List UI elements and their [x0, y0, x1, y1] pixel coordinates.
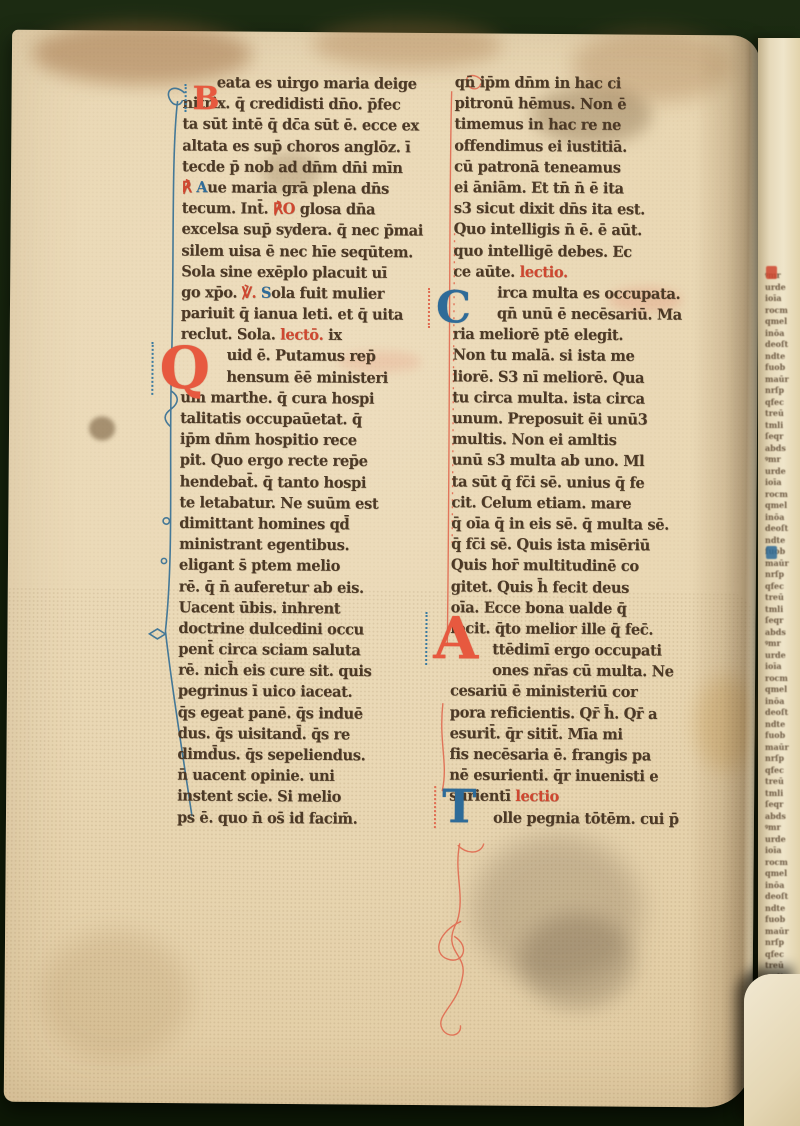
manuscript-text-line: eata es uirgo maria deige	[183, 72, 447, 95]
facing-page-text-fragment: inōa	[765, 328, 799, 340]
body-text: cesariū ē ministeriū cor	[450, 682, 637, 701]
body-text: offendimus ei iustitiā.	[454, 137, 627, 156]
body-text: ce aūte.	[453, 262, 519, 280]
facing-page-text-fragment: ſeqr	[765, 431, 799, 443]
body-text: ttēdimī ergo occupati	[492, 641, 661, 660]
body-text: timemus in hac re ne	[454, 116, 621, 135]
facing-page-text-fragment: ꝰmr	[765, 822, 799, 834]
facing-page-text-fragment: ꝰmr	[765, 454, 799, 466]
body-text: Quis hor̄ multitudinē co	[451, 556, 639, 575]
body-text: fis necēsaria ē. frangis pa	[449, 745, 651, 764]
body-text: ones nr̄as cū multa. Ne	[492, 662, 674, 681]
body-text: glosa dn̄a	[300, 200, 375, 218]
body-text: nē esurienti. q̄r inuenisti e	[449, 766, 658, 785]
rubric-text: ℟O	[273, 200, 300, 218]
facing-page-text-fragment: fuob	[765, 914, 799, 926]
facing-page-text-fragment: urde	[765, 282, 799, 294]
facing-page-text-fragment: qmel	[765, 868, 799, 880]
manuscript-text-line: instent scie. Si melio	[177, 786, 441, 809]
facing-page-text-fragment: nrſp	[765, 385, 799, 397]
body-text: qn̄ unū ē necēsariū. Ma	[497, 305, 682, 324]
body-text: liorē. S3 nī meliorē. Qua	[452, 367, 644, 386]
manuscript-photo: eata es uirgo maria deigenitrix. q̄ cred…	[0, 0, 800, 1126]
manuscript-text-line: doctrine dulcedini occu	[178, 618, 442, 641]
facing-page-text-fragment: ndte	[765, 903, 799, 915]
facing-page-text-fragment: deoſt	[765, 707, 799, 719]
facing-page-text-fragment: ndte	[765, 351, 799, 363]
manuscript-text-line: pit. Quo ergo recte rep̄e	[180, 450, 444, 473]
manuscript-text-line: Uacent ūbis. inhrent	[179, 597, 443, 620]
body-text: ue maria grā plena dn̄s	[207, 179, 389, 198]
body-text: tecde p̄ nob ad dn̄m dn̄i mīn	[182, 157, 403, 176]
facing-page-text-fragment: abds	[765, 811, 799, 823]
facing-page-text-fragment: rocm	[765, 673, 799, 685]
stain	[312, 20, 502, 69]
facing-page-text-fragment: nrſp	[765, 569, 799, 581]
stain	[89, 416, 115, 440]
facing-page-text-fragment: inōa	[765, 512, 799, 524]
manuscript-text-line: rē. nich̄ eis cure sit. quis	[178, 660, 442, 683]
manuscript-text-line: ta sūt intē q̄ dc̄a sūt ē. ecce ex	[182, 114, 446, 137]
body-text: quo intelligē debes. Ec	[453, 241, 631, 260]
body-text: silem uisa ē nec hīe seqūtem.	[181, 241, 413, 260]
manuscript-text-line: ip̄m dn̄m hospitio rece	[180, 429, 444, 452]
body-text: surientī	[449, 787, 515, 805]
facing-page-text-fragment: treū	[765, 592, 799, 604]
body-text: reclut. Sola.	[181, 325, 281, 343]
rubric-text: lectio	[515, 788, 559, 806]
manuscript-page: eata es uirgo maria deigenitrix. q̄ cred…	[4, 30, 760, 1108]
body-text: Non tu malā. si ista me	[453, 346, 635, 365]
facing-page-text-fragment: maūr	[765, 558, 799, 570]
facing-page-text-fragment: qfec	[765, 765, 799, 777]
facing-page-text-fragment: tmli	[765, 788, 799, 800]
body-text: nitrix. q̄ credidisti dn̄o. p̄fec	[183, 95, 401, 114]
facing-page-text-fragment: inōa	[765, 880, 799, 892]
manuscript-text-line: reclut. Sola. lectō. ix	[181, 324, 445, 347]
body-text: n̄ uacent opinie. uni	[177, 766, 334, 785]
facing-page-text-fragment: qmel	[765, 684, 799, 696]
rubric-text: lectō.	[280, 326, 328, 344]
manuscript-text-line: go xp̄o. ℣. Sola fuit mulier	[181, 282, 445, 305]
facing-page-text-fragment: urde	[765, 466, 799, 478]
body-text: oīa. Ecce bona ualde q̄	[451, 598, 627, 617]
facing-page-text-fragment: nrſp	[765, 753, 799, 765]
body-text: ip̄m dn̄m hospitio rece	[180, 430, 357, 449]
facing-page-text-fragment: deoſt	[765, 523, 799, 535]
facing-page-text-fragment: rocm	[765, 305, 799, 317]
facing-page-text-fragment: urde	[765, 650, 799, 662]
facing-page-text-fragment: ndte	[765, 719, 799, 731]
facing-page-initial-accent	[766, 546, 777, 559]
facing-page-initial-accent	[766, 266, 777, 279]
facing-page-text-fragment: maūr	[765, 742, 799, 754]
facing-page-text-fragment: treū	[765, 408, 799, 420]
facing-page-text-fragment: deoſt	[765, 891, 799, 903]
rubric-text: lectio.	[520, 263, 568, 281]
facing-page-text-fragment: nrſp	[765, 937, 799, 949]
body-text: ta sūt q̄ fc̄i sē. unius q̄ fe	[452, 472, 645, 491]
underlying-page-corner	[744, 974, 800, 1126]
body-text: te letabatur. Ne suūm est	[179, 493, 378, 512]
facing-page-text-fragment: abds	[765, 627, 799, 639]
body-text: cit. Celum etiam. mare	[451, 493, 631, 512]
body-text: dimittant homines qd̄	[179, 514, 349, 533]
body-text: instent scie. Si melio	[177, 787, 341, 806]
stain	[40, 930, 191, 1061]
facing-page-text-fragment: qfec	[765, 397, 799, 409]
body-text: talitatis occupaūetat. q̄	[180, 409, 362, 428]
facing-page-text-fragment: deoſt	[765, 339, 799, 351]
stain	[471, 833, 642, 984]
manuscript-text-line: ministrant egentibus.	[179, 534, 443, 557]
facing-page-text-fragment: qfec	[765, 581, 799, 593]
body-text: Uacent ūbis. inhrent	[179, 598, 341, 617]
body-text: Sola sine exēplo placuit uī	[181, 262, 387, 281]
manuscript-text-line: dimd̄us. q̄s sepeliendus.	[177, 744, 441, 767]
body-text: hendebat̄. q̄ tanto hospi	[180, 472, 367, 491]
rubric-text: ℣.	[242, 284, 261, 302]
facing-page-text-fragment: ſeqr	[765, 799, 799, 811]
body-text: eata es uirgo maria deige	[217, 74, 417, 93]
body-text: pitronū hēmus. Non ē	[455, 95, 627, 114]
body-text: pariuit q̄ ianua leti. et q̄ uita	[181, 304, 403, 323]
facing-page-text-fragment: qmel	[765, 316, 799, 328]
manuscript-text-line: dimittant homines qd̄	[179, 513, 443, 536]
manuscript-text-line: hensum ēē ministeri	[180, 366, 444, 389]
body-text: altata es sup̄ choros anglōz. ī	[182, 136, 410, 155]
page-curl-shading	[688, 35, 760, 1107]
facing-page-text-fragment: ioīa	[765, 661, 799, 673]
text-column-left: eata es uirgo maria deigenitrix. q̄ cred…	[177, 72, 447, 835]
manuscript-text-line: altata es sup̄ choros anglōz. ī	[182, 135, 446, 158]
rubric-text: ℟	[182, 178, 197, 196]
facing-page-text-fragment: ꝰmr	[765, 638, 799, 650]
manuscript-text-line: n̄ uacent opinie. uni	[177, 765, 441, 788]
body-text: ministrant egentibus.	[179, 535, 349, 554]
versal-letter: S	[261, 284, 271, 302]
body-text: dus. q̄s uisitand̄. q̄s re	[178, 724, 350, 743]
manuscript-text-line: pegrinus ī uico iaceat.	[178, 681, 442, 704]
body-text: pent̄ circa sciam saluta	[178, 640, 360, 659]
body-text: s3 sicut dixit dn̄s ita est.	[454, 199, 645, 218]
manuscript-text-line: um marthe. q̄ cura hospi	[180, 387, 444, 410]
manuscript-text-line: q̄s egeat panē. q̄s induē	[178, 702, 442, 725]
facing-page-edge: ꝰmrurdeioīarocmqmelinōadeoſtndtefuobmaūr…	[758, 38, 800, 1126]
facing-page-text-fragment: maūr	[765, 926, 799, 938]
facing-page-text-fragment: rocm	[765, 857, 799, 869]
facing-page-text-fragment: qfec	[765, 949, 799, 961]
body-text: unum. Preposuit ēi unū3	[452, 409, 647, 428]
body-text: q̄ oīa q̄ in eis sē. q̄ multa sē.	[451, 514, 669, 533]
body-text: tu circa multa. ista circa	[452, 388, 644, 407]
manuscript-text-line: Sola sine exēplo placuit uī	[181, 261, 445, 284]
body-text: hensum ēē ministeri	[226, 368, 388, 387]
manuscript-text-line: ℟ Aue maria grā plena dn̄s	[182, 177, 446, 200]
manuscript-text-line: tecum. Int̄. ℟O glosa dn̄a	[182, 198, 446, 221]
body-text: irca multa es occupata.	[497, 284, 680, 303]
body-text: Quo intelligis n̄ ē. ē aūt.	[454, 220, 642, 239]
body-text: eligant s̄ ptem melio	[179, 556, 340, 575]
manuscript-text-line: nitrix. q̄ credidisti dn̄o. p̄fec	[182, 93, 446, 116]
body-text: pora reficientis. Qr̄ h̄. Qr̄ a	[450, 703, 657, 722]
manuscript-text-line: silem uisa ē nec hīe seqūtem.	[181, 240, 445, 263]
body-text: ta sūt intē q̄ dc̄a sūt ē. ecce ex	[182, 115, 419, 135]
body-text: doctrine dulcedini occu	[178, 619, 363, 638]
stain	[519, 914, 635, 1010]
facing-page-text-fragment: treū	[765, 776, 799, 788]
body-text: ria meliorē ptē elegit.	[453, 325, 623, 344]
facing-page-text-fragment: urde	[765, 834, 799, 846]
manuscript-text-line: eligant s̄ ptem melio	[179, 555, 443, 578]
manuscript-text-line: tecde p̄ nob ad dn̄m dn̄i mīn	[182, 156, 446, 179]
facing-page-text-fragment: abds	[765, 443, 799, 455]
manuscript-text-line: hendebat̄. q̄ tanto hospi	[180, 471, 444, 494]
body-text: dimd̄us. q̄s sepeliendus.	[177, 745, 365, 764]
facing-page-text-fragment: tmli	[765, 420, 799, 432]
facing-page-text-fragment: maūr	[765, 374, 799, 386]
body-text: ps ē. quo n̄ os̄ id facim̄.	[177, 808, 358, 827]
facing-page-text-fragment: ioīa	[765, 477, 799, 489]
body-text: tecum. Int̄.	[182, 199, 273, 217]
facing-page-text-fragment: treū	[765, 960, 799, 972]
facing-page-text-fragment: fuob	[765, 362, 799, 374]
manuscript-text-line: ps ē. quo n̄ os̄ id facim̄.	[177, 807, 441, 830]
body-text: esurit̄. q̄r sitit̄. Mīa mi	[450, 724, 623, 743]
facing-page-text-fragment: inōa	[765, 696, 799, 708]
body-text: rē. nich̄ eis cure sit. quis	[178, 661, 371, 680]
body-text: pegrinus ī uico iaceat.	[178, 682, 352, 701]
body-text: q̄s egeat panē. q̄s induē	[178, 703, 363, 722]
manuscript-text-line: pent̄ circa sciam saluta	[178, 639, 442, 662]
manuscript-text-line: excelsa sup̄ sydera. q̄ nec p̄mai	[182, 219, 446, 242]
facing-page-text-fragment: ioīa	[765, 845, 799, 857]
versal-letter: A	[196, 179, 207, 197]
body-text: pit. Quo ergo recte rep̄e	[180, 451, 368, 470]
body-text: rē. q̄ n̄ auferetur ab eis.	[179, 577, 364, 596]
manuscript-text-line: rē. q̄ n̄ auferetur ab eis.	[179, 576, 443, 599]
manuscript-text-line: uid ē. Putamus rep̄	[181, 345, 445, 368]
facing-page-text-fragment: qmel	[765, 500, 799, 512]
body-text: qn̄ ip̄m dn̄m in hac ci	[455, 74, 621, 93]
facing-page-text-fragment: ndte	[765, 535, 799, 547]
manuscript-text-line: dus. q̄s uisitand̄. q̄s re	[178, 723, 442, 746]
facing-page-text-fragment: rocm	[765, 489, 799, 501]
facing-page-text-fragment: fuob	[765, 730, 799, 742]
body-text: excelsa sup̄ sydera. q̄ nec p̄mai	[182, 220, 423, 240]
manuscript-text-line: talitatis occupaūetat. q̄	[180, 408, 444, 431]
body-text: q̄ fc̄i sē. Quis ista misēriū	[451, 535, 650, 554]
body-text: unū s3 multa ab uno. Ml	[452, 451, 645, 470]
body-text: multis. Non ei amltis	[452, 430, 617, 449]
manuscript-text-line: pariuit q̄ ianua leti. et q̄ uita	[181, 303, 445, 326]
body-text: gitet. Quis h̄ fecit deus	[451, 577, 629, 596]
facing-page-text-fragment: ſeqr	[765, 615, 799, 627]
body-text: ix	[328, 327, 342, 345]
body-text: uid ē. Putamus rep̄	[227, 347, 376, 366]
body-text: ei āniām. Et tn̄ n̄ ē ita	[454, 178, 624, 197]
body-text: um marthe. q̄ cura hospi	[180, 388, 374, 407]
body-text: cū patronā teneamus	[454, 158, 621, 177]
facing-page-text-fragment: tmli	[765, 604, 799, 616]
body-text: go xp̄o.	[181, 283, 242, 301]
manuscript-text-line: te letabatur. Ne suūm est	[179, 492, 443, 515]
body-text: fecit. q̄to melior ille q̄ fec̄.	[450, 619, 653, 638]
body-text: ola fuit mulier	[271, 284, 384, 303]
facing-page-text-fragment: ioīa	[765, 293, 799, 305]
body-text: olle pegnia tōtēm. cui p̄	[493, 809, 679, 828]
